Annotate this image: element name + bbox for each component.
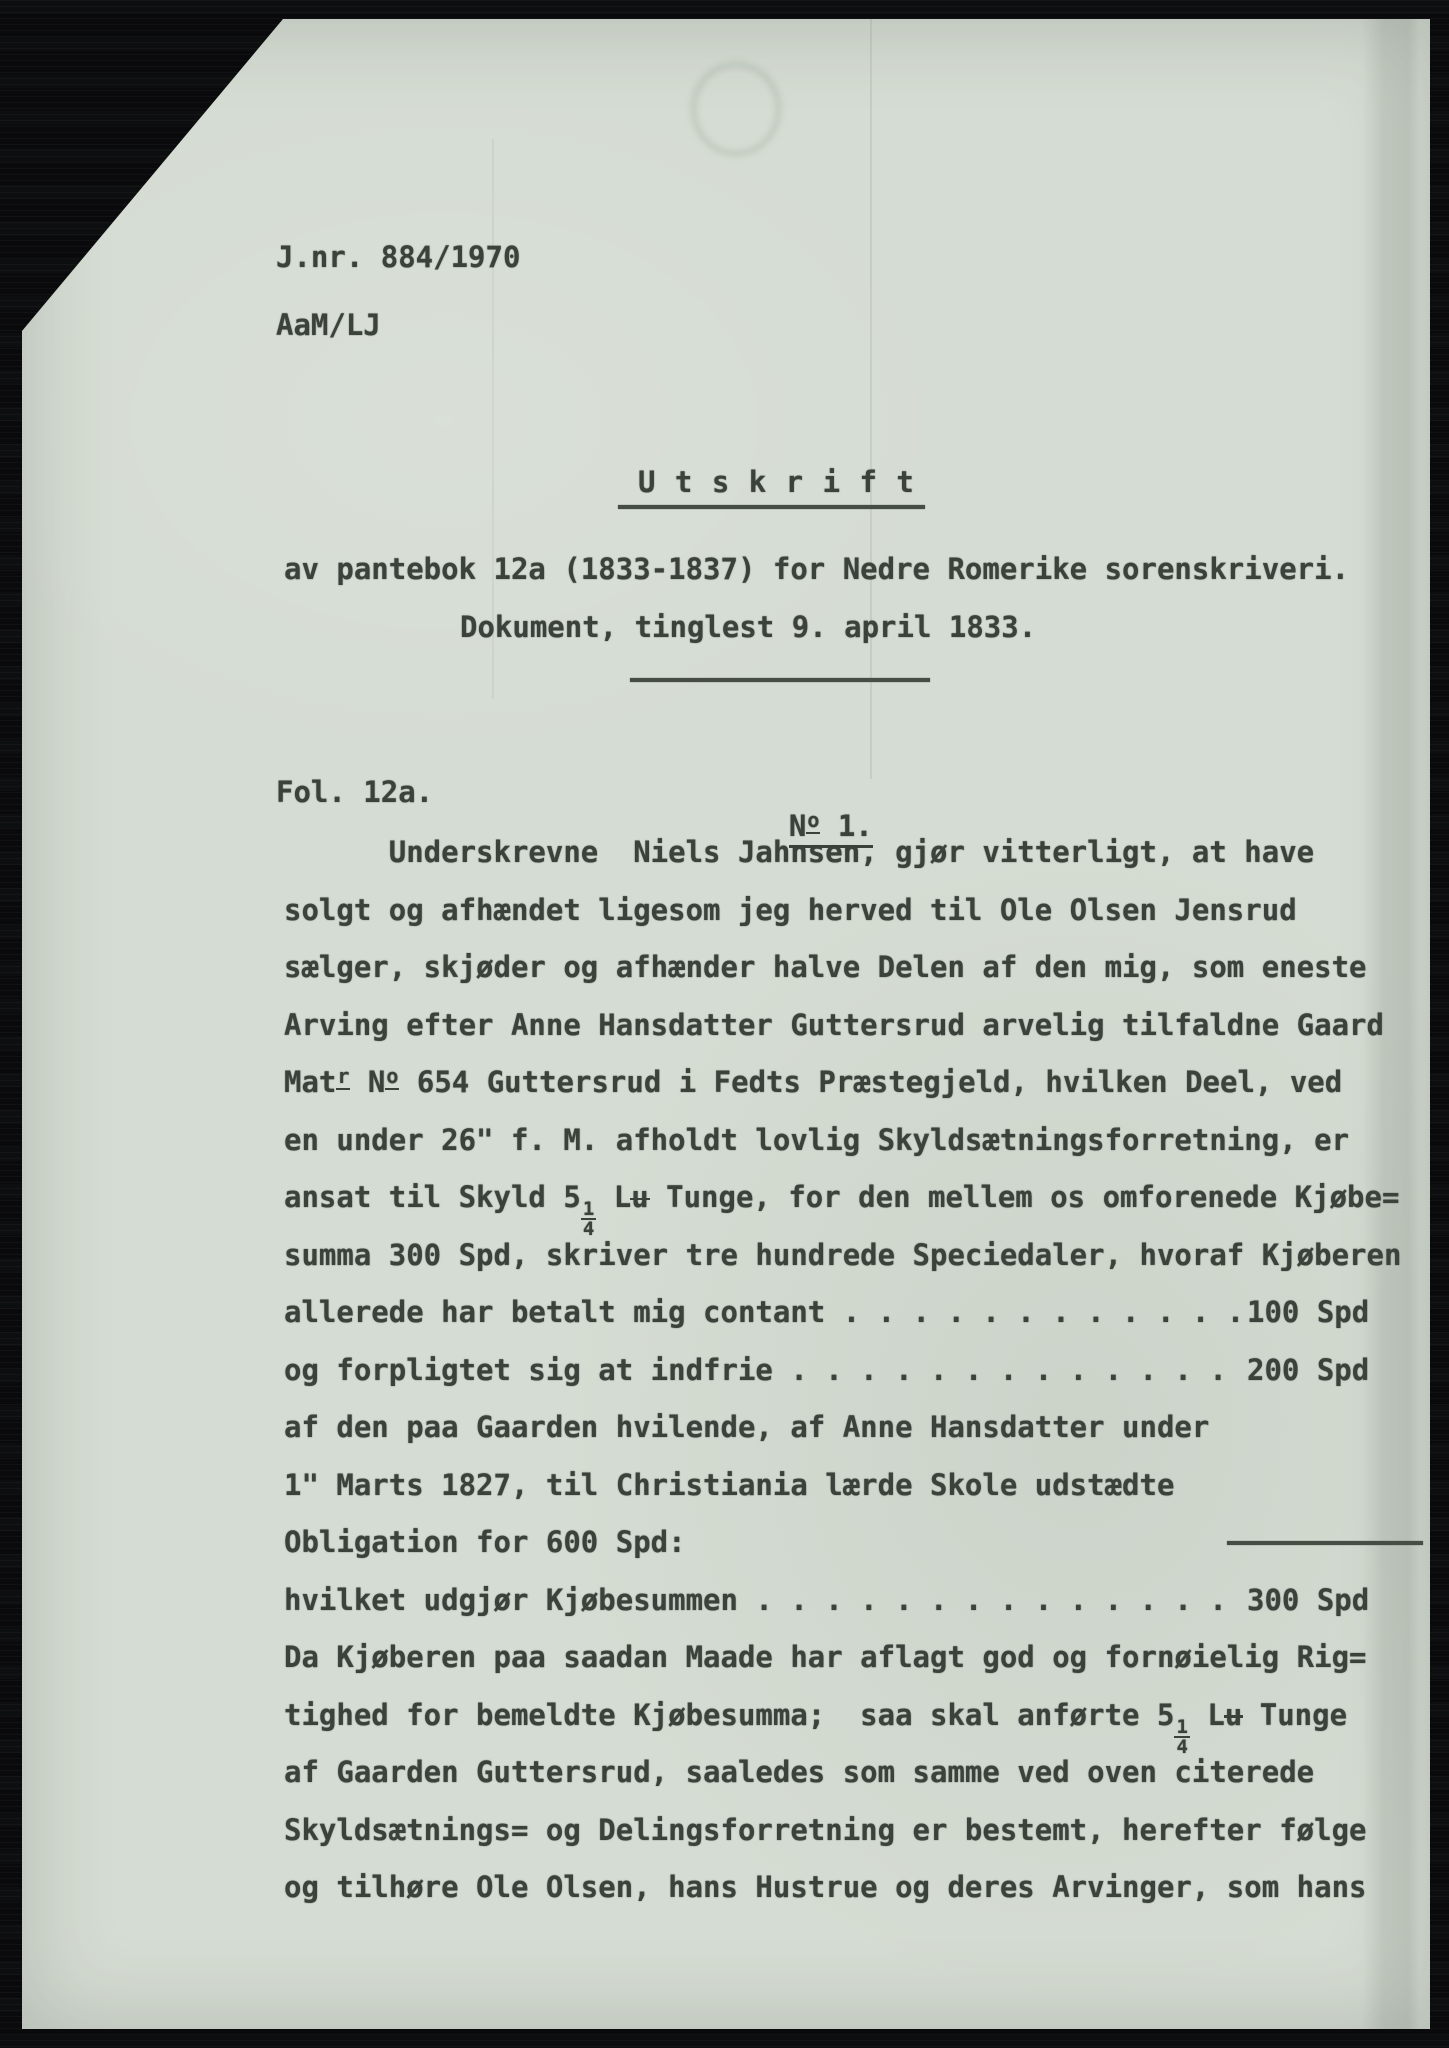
stacked-fraction: 14 [581, 1200, 596, 1238]
fraction-denominator: 4 [1176, 1738, 1187, 1756]
document-line: 1" Marts 1827, til Christiania lærde Sko… [284, 1468, 1174, 1514]
document-line: og forpligtet sig at indfrie . . . . . .… [284, 1353, 1227, 1399]
fraction-numerator: 1 [1174, 1718, 1189, 1738]
journal-number: J.nr. 884/1970 [276, 240, 520, 274]
section-divider-rule [630, 678, 930, 682]
document-line: en under 26" f. M. afholdt lovlig Skylds… [284, 1123, 1349, 1169]
amount-value: 100 Spd [1247, 1295, 1369, 1329]
subtitle-line-1: av pantebok 12a (1833-1837) for Nedre Ro… [284, 552, 1349, 586]
overstruck-character: u [1225, 1698, 1242, 1732]
document-page: J.nr. 884/1970 AaM/LJ U t s k r i f t av… [22, 19, 1430, 2029]
document-line: af Gaarden Guttersrud, saaledes som samm… [284, 1755, 1314, 1801]
document-line: hvilket udgjør Kjøbesummen . . . . . . .… [284, 1583, 1227, 1629]
document-line: Arving efter Anne Hansdatter Guttersrud … [284, 1008, 1384, 1054]
superscript-abbreviation: r [336, 1064, 350, 1090]
stacked-fraction: 14 [1174, 1718, 1189, 1756]
scan-background: { "scan": { "paper_color": "#d5dcd3", "i… [0, 0, 1449, 2048]
document-line: af den paa Gaarden hvilende, af Anne Han… [284, 1410, 1209, 1456]
typist-initials: AaM/LJ [276, 308, 381, 342]
entry-number-sup: o [806, 808, 820, 834]
document-title: U t s k r i f t [638, 465, 915, 499]
sum-total-rule [1227, 1541, 1423, 1545]
document-line: Da Kjøberen paa saadan Maade har aflagt … [284, 1640, 1367, 1686]
document-line: Matr No 654 Guttersrud i Fedts Præstegje… [284, 1065, 1342, 1111]
document-line: allerede har betalt mig contant . . . . … [284, 1295, 1244, 1341]
title-underline [618, 505, 925, 509]
document-line: solgt og afhændet ligesom jeg herved til… [284, 893, 1297, 939]
document-line: summa 300 Spd, skriver tre hundrede Spec… [284, 1238, 1401, 1284]
fraction-numerator: 1 [581, 1200, 596, 1220]
amount-value: 200 Spd [1247, 1353, 1369, 1387]
amount-value: 300 Spd [1247, 1583, 1369, 1617]
document-line: ansat til Skyld 514 Lu Tunge, for den me… [284, 1180, 1399, 1226]
document-line: og tilhøre Ole Olsen, hans Hustrue og de… [284, 1870, 1367, 1916]
document-line: Obligation for 600 Spd: [284, 1525, 686, 1571]
overstruck-character: u [631, 1180, 648, 1214]
subtitle-line-2: Dokument, tinglest 9. april 1833. [460, 610, 1036, 644]
folio-label: Fol. 12a. [276, 775, 433, 809]
watermark-stamp-icon [690, 61, 782, 157]
superscript-abbreviation: o [385, 1064, 399, 1090]
document-line: sælger, skjøder og afhænder halve Delen … [284, 950, 1367, 996]
paper-crease [870, 19, 872, 779]
document-line: Underskrevne Niels Jahnsen, gjør vitterl… [284, 835, 1314, 881]
document-line: tighed for bemeldte Kjøbesumma; saa skal… [284, 1698, 1347, 1744]
document-line: Skyldsætnings= og Delingsforretning er b… [284, 1813, 1367, 1859]
fraction-denominator: 4 [583, 1220, 594, 1238]
